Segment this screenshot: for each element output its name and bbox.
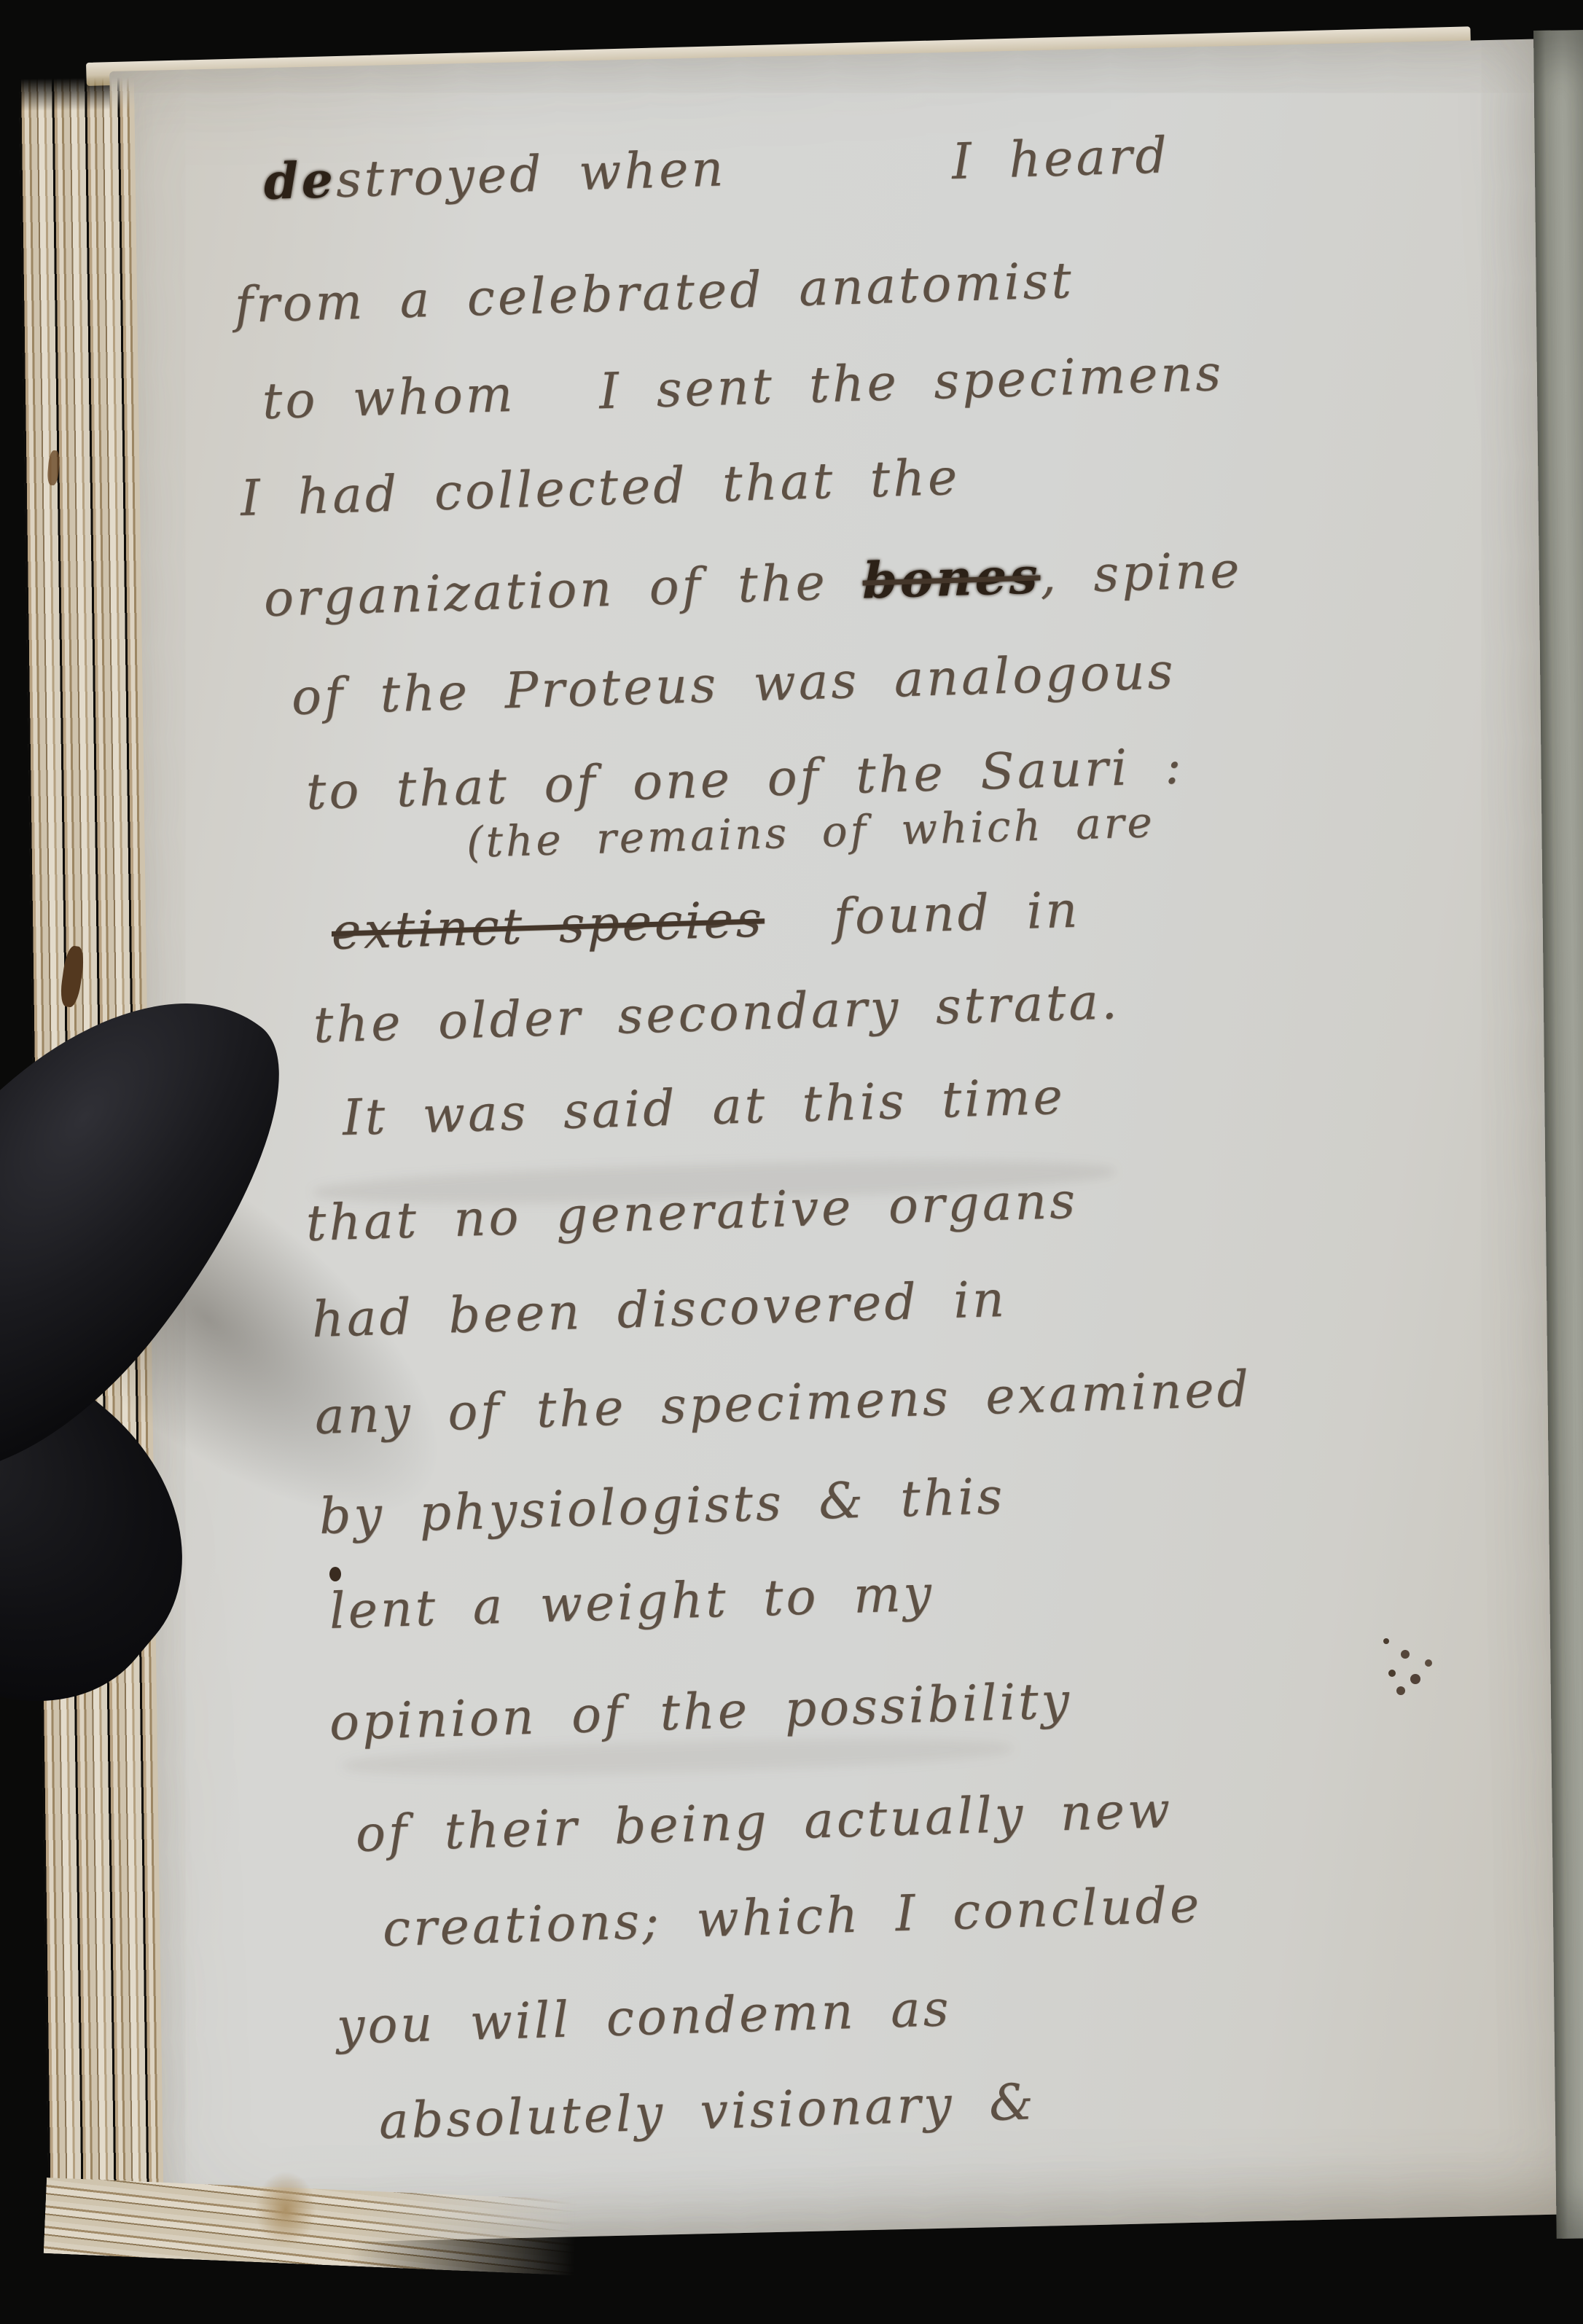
handwriting-segment: I sent the specimens <box>598 345 1224 420</box>
handwriting-segment: bones <box>862 547 1040 610</box>
handwriting-segment: lent a weight to my <box>329 1565 935 1640</box>
handwriting-line: you will condemn as <box>336 1980 953 2056</box>
handwriting-segment: , spine <box>1039 541 1243 605</box>
handwriting-segment: I had collected that the <box>240 449 961 528</box>
handwriting-segment: stroyed when <box>335 140 727 209</box>
handwriting-line: opinion of the possibility <box>329 1672 1073 1752</box>
handwriting-segment: absolutely visionary & <box>378 2073 1037 2151</box>
handwriting-line: lent a weight to my <box>329 1565 935 1640</box>
handwriting-line: that no generative organs <box>305 1173 1079 1253</box>
handwriting-segment: from a celebrated anatomist <box>234 252 1075 334</box>
handwriting-segment: opinion of the possibility <box>329 1672 1073 1752</box>
handwriting-segment: of the Proteus was analogous <box>291 643 1177 727</box>
handwriting-segment: to whom <box>262 366 517 431</box>
handwriting-line: absolutely visionary & <box>378 2073 1037 2151</box>
handwriting-line: the older secondary strata. <box>313 973 1121 1055</box>
handwriting-line: destroyed whenI heard <box>263 126 1170 211</box>
handwriting-segment: I heard <box>951 127 1170 191</box>
handwriting-segment: the older secondary strata. <box>313 973 1121 1055</box>
handwriting-line: from a celebrated anatomist <box>234 252 1075 334</box>
handwriting-line: creations; which I conclude <box>382 1877 1203 1958</box>
handwriting-segment: organization of the <box>263 553 864 628</box>
manuscript-photo: destroyed whenI heardfrom a celebrated a… <box>0 0 1583 2324</box>
handwriting-segment: de <box>263 151 337 211</box>
handwriting-segment: extinct species <box>332 891 765 961</box>
handwriting-line: It was said at this time <box>342 1068 1066 1147</box>
handwriting-segment: that no generative organs <box>305 1173 1079 1253</box>
handwriting-line: organization of the bones, spine <box>263 541 1243 628</box>
handwriting-line: of the Proteus was analogous <box>291 643 1177 727</box>
handwriting-segment: you will condemn as <box>336 1980 953 2056</box>
handwriting-line: extinct speciesfound in <box>331 882 1081 961</box>
handwriting-line: to whomI sent the specimens <box>262 345 1224 431</box>
handwriting-line: I had collected that the <box>240 449 961 528</box>
handwriting-segment: creations; which I conclude <box>382 1877 1203 1958</box>
handwriting-segment: It was said at this time <box>342 1068 1066 1147</box>
handwriting-segment: found in <box>833 882 1082 947</box>
handwriting-segment: of their being actually new <box>355 1782 1173 1863</box>
handwriting-line: of their being actually new <box>355 1782 1173 1863</box>
